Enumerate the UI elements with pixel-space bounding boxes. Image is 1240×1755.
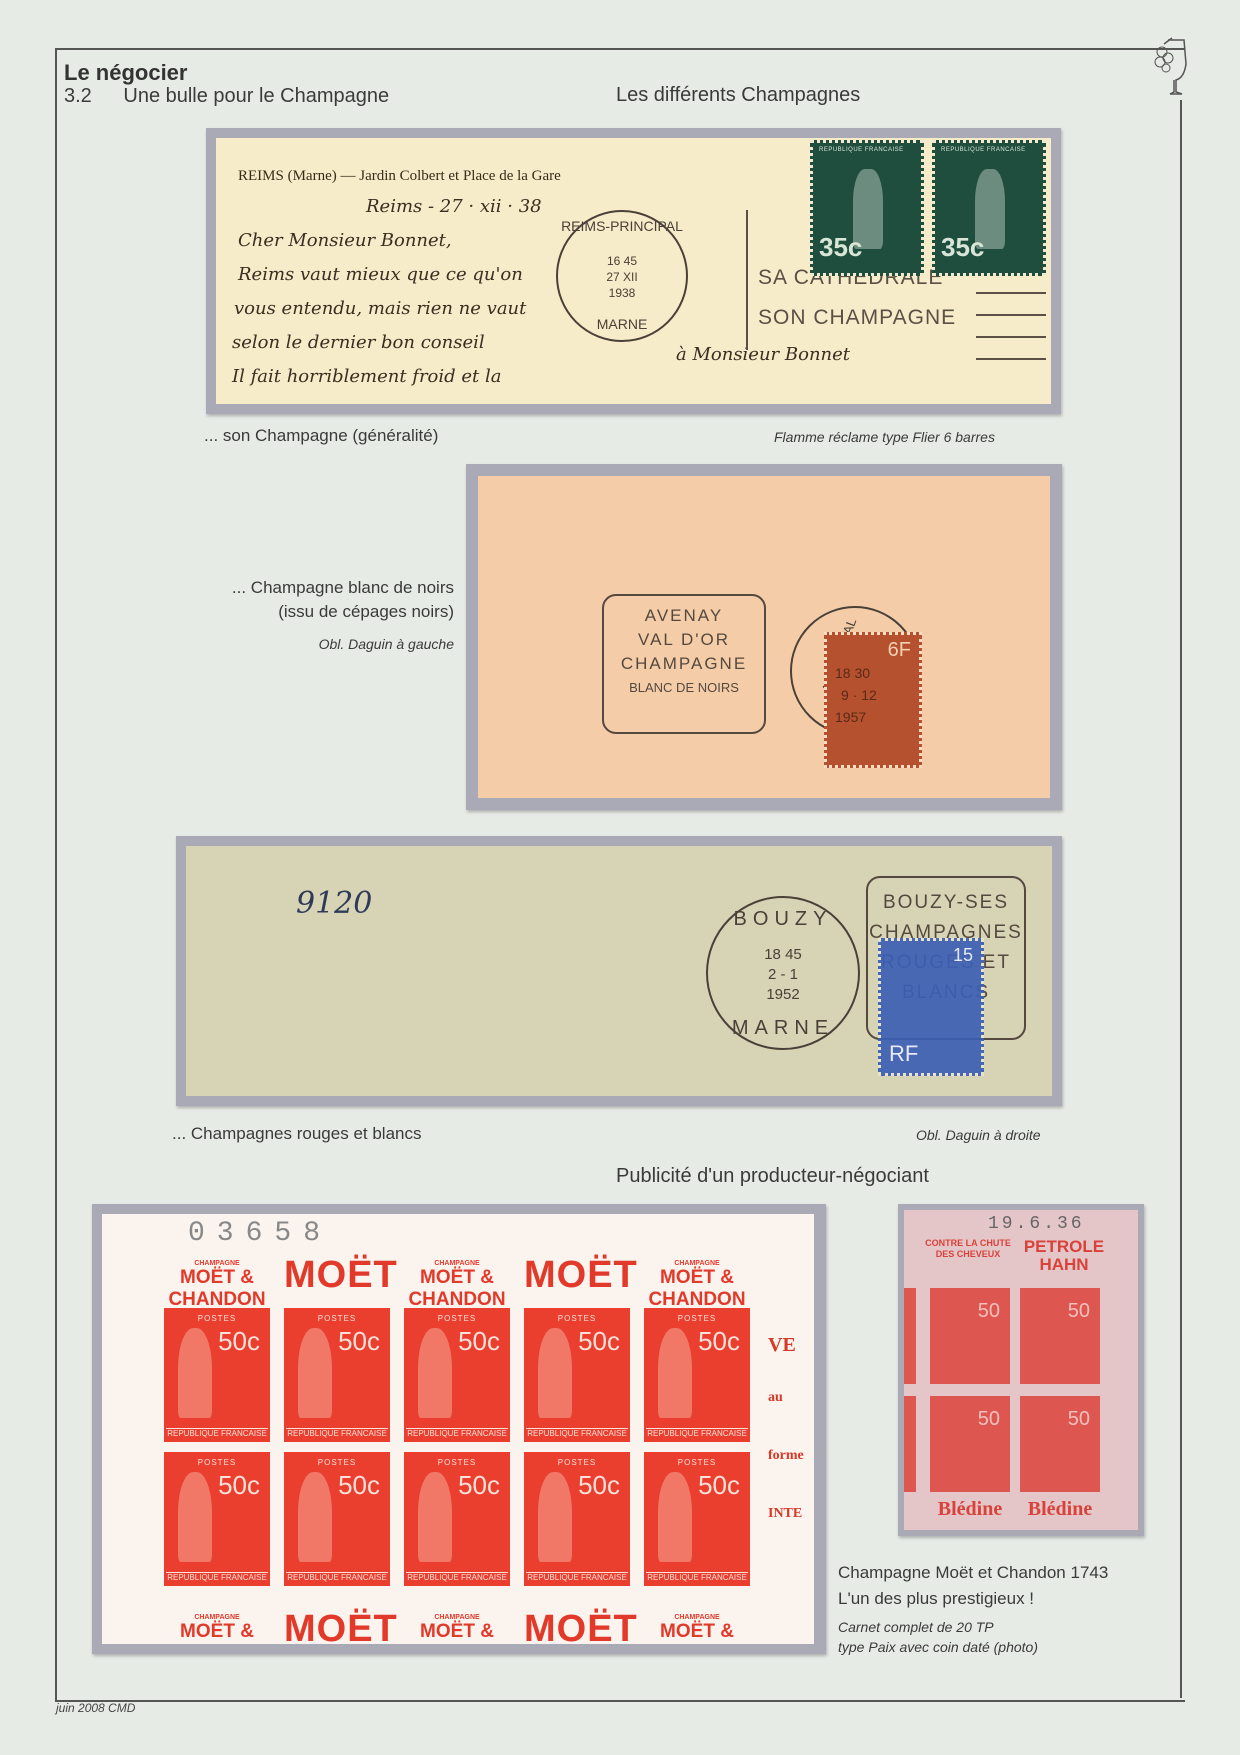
handwriting-line: Reims - 27 · xii · 38 (366, 196, 542, 217)
stamp-paix-50c: POSTES50cREPUBLIQUE FRANCAISE (644, 1452, 750, 1586)
postmark-bouzy: BOUZY 18 45 2 - 1 1952 MARNE (706, 896, 860, 1050)
note-flamme: Flamme réclame type Flier 6 barres (774, 429, 995, 445)
side-advert-fragment: VE (768, 1334, 796, 1357)
flamme-bar (976, 358, 1046, 360)
stamp-paix-50c: POSTES50cREPUBLIQUE FRANCAISE (164, 1308, 270, 1442)
stamp-gandon-15: 15 RF (878, 938, 984, 1076)
booklet-mount: 03658 CHAMPAGNEMOËT & CHANDONMOËTCHAMPAG… (92, 1204, 826, 1654)
postcard: REIMS (Marne) — Jardin Colbert et Place … (216, 138, 1051, 404)
stamp-paix-50c: POSTES50cREPUBLIQUE FRANCAISE (644, 1308, 750, 1442)
section-subtitle: 3.2 Une bulle pour le Champagne (64, 85, 389, 108)
stamp-paix-50c: POSTES50cREPUBLIQUE FRANCAISE (524, 1308, 630, 1442)
stamp-paix-50c: POSTES50cREPUBLIQUE FRANCAISE (284, 1308, 390, 1442)
handwriting-line: vous entendu, mais rien ne vaut (234, 298, 526, 319)
caption-son-champagne: ... son Champagne (généralité) (204, 426, 438, 446)
flamme-bar (976, 336, 1046, 338)
pub-moet-chandon: CHAMPAGNEMOËT & CHANDON (164, 1614, 270, 1644)
pub-bledine: Blédine (1018, 1498, 1102, 1521)
stamp-pane: 50 (1020, 1288, 1100, 1384)
pub-bledine: Blédine (928, 1498, 1012, 1521)
stamp-paix-50c: POSTES50cREPUBLIQUE FRANCAISE (284, 1452, 390, 1586)
stamp-pane-edge (904, 1396, 916, 1492)
handwriting-line: Reims vaut mieux que ce qu'on (238, 264, 523, 285)
cover-avenay: AVENAY VAL D'OR CHAMPAGNE BLANC DE NOIRS… (478, 476, 1050, 798)
coin-date: 19.6.36 (988, 1214, 1085, 1234)
stamp-pane-edge (904, 1288, 916, 1384)
postmark-reims: REIMS-PRINCIPAL 16 45 27 XII 1938 MARNE (556, 210, 688, 342)
stamp-pane: 50 (930, 1288, 1010, 1384)
stamp-paix-50c: POSTES50cREPUBLIQUE FRANCAISE (164, 1452, 270, 1586)
stamp-semeuse-35c: REPUBLIQUE FRANCAISE 35c (932, 140, 1046, 276)
pub-moet: MOËT (524, 1254, 630, 1300)
caption-blanc-de-noirs: ... Champagne blanc de noirs (issu de cé… (232, 578, 454, 622)
handwriting-line: Il fait horriblement froid et la (232, 366, 502, 387)
page-frame-right (1180, 100, 1182, 1698)
stamp-paix-50c: POSTES50cREPUBLIQUE FRANCAISE (404, 1308, 510, 1442)
section-number: 3.2 (64, 85, 92, 107)
stamp-pane: 50 (1020, 1396, 1100, 1492)
stamp-pane: 50 (930, 1396, 1010, 1492)
postcard-mount: REIMS (Marne) — Jardin Colbert et Place … (206, 128, 1061, 414)
side-advert-fragment: INTE (768, 1506, 802, 1522)
pub-chute-cheveux: CONTRE LA CHUTE DES CHEVEUX (922, 1238, 1014, 1260)
stamp-booklet-moet: 03658 CHAMPAGNEMOËT & CHANDONMOËTCHAMPAG… (102, 1214, 814, 1644)
cover-bouzy: 9120 BOUZY 18 45 2 - 1 1952 MARNE BOUZY-… (186, 846, 1052, 1096)
page-title: Le négocier (64, 60, 187, 86)
pub-moet: MOËT (284, 1608, 390, 1644)
note-daguin-droite: Obl. Daguin à droite (916, 1127, 1041, 1143)
booklet-serial: 03658 (188, 1218, 332, 1249)
side-advert-fragment: au (768, 1390, 783, 1406)
booklet-photo-mount: 19.6.36 CONTRE LA CHUTE DES CHEVEUX PETR… (898, 1204, 1144, 1536)
pub-moet-chandon: CHAMPAGNEMOËT & CHANDON (164, 1260, 270, 1306)
handwriting-line: Cher Monsieur Bonnet, (238, 230, 452, 251)
booklet-photo-coin-date: 19.6.36 CONTRE LA CHUTE DES CHEVEUX PETR… (904, 1210, 1138, 1530)
pub-petrole-hahn: PETROLE HAHN (1016, 1238, 1112, 1274)
stamp-paix-50c: POSTES50cREPUBLIQUE FRANCAISE (524, 1452, 630, 1586)
note-carnet: Carnet complet de 20 TP type Paix avec c… (838, 1617, 1038, 1657)
publicity-heading: Publicité d'un producteur-négociant (616, 1165, 929, 1188)
cover-bouzy-mount: 9120 BOUZY 18 45 2 - 1 1952 MARNE BOUZY-… (176, 836, 1062, 1106)
stamp-paix-50c: POSTES50cREPUBLIQUE FRANCAISE (404, 1452, 510, 1586)
caption-moet-chandon: Champagne Moët et Chandon 1743 L'un des … (838, 1560, 1108, 1612)
handwriting-line: selon le dernier bon conseil (232, 332, 485, 353)
pub-moet-chandon: CHAMPAGNEMOËT & CHANDON (404, 1260, 510, 1306)
note-daguin-gauche: Obl. Daguin à gauche (319, 636, 454, 652)
flamme-bar (976, 292, 1046, 294)
pub-moet-chandon: CHAMPAGNEMOËT & CHANDON (644, 1260, 750, 1306)
stamp-moissonneuse-6f: 6F 18 30 9 · 12 1957 (824, 632, 922, 768)
pub-moet: MOËT (284, 1254, 390, 1300)
flamme-bar (976, 314, 1046, 316)
pub-moet-chandon: CHAMPAGNEMOËT & CHANDON (404, 1614, 510, 1644)
page-footer: juin 2008 CMD (56, 1701, 135, 1715)
pub-moet: MOËT (524, 1608, 630, 1644)
stamp-semeuse-35c: REPUBLIQUE FRANCAISE 35c (810, 140, 924, 276)
topic-heading: Les différents Champagnes (616, 84, 860, 107)
handwritten-number: 9120 (296, 886, 372, 921)
daguin-cancel-avenay: AVENAY VAL D'OR CHAMPAGNE BLANC DE NOIRS (602, 594, 766, 734)
caption-rouges-et-blancs: ... Champagnes rouges et blancs (172, 1124, 421, 1144)
pub-moet-chandon: CHAMPAGNEMOËT & CHANDON (644, 1614, 750, 1644)
grape-glass-logo-icon (1148, 34, 1192, 98)
side-advert-fragment: forme (768, 1448, 804, 1464)
postcard-printed-header: REIMS (Marne) — Jardin Colbert et Place … (238, 168, 561, 185)
section-title: Une bulle pour le Champagne (123, 85, 389, 107)
cover-avenay-mount: AVENAY VAL D'OR CHAMPAGNE BLANC DE NOIRS… (466, 464, 1062, 810)
